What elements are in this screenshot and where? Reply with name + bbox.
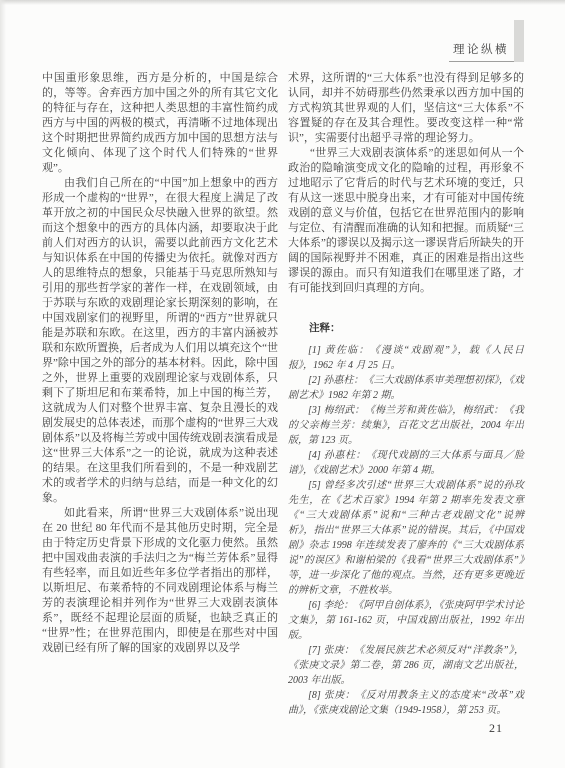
note-item: [1] 黄佐临：《漫谈“戏剧观”》，载《人民日报》，1962 年 4 月 25 … <box>288 343 524 373</box>
scanned-page: 理论纵横 中国重形象思维，西方是分析的，中国是综合的，等等。舍弃西方加中国之外的… <box>0 0 565 768</box>
scan-edge-top <box>0 0 565 5</box>
section-header: 理论纵横 <box>449 20 524 62</box>
note-item: [3] 梅绍武：《梅兰芳和黄佐临》，梅绍武：《我的父亲梅兰芳：续集》，百花文艺出… <box>288 403 524 448</box>
paragraph: 由我们自己所在的“中国”加上想象中的西方形成一个虚构的“世界”，在很大程度上满足… <box>42 176 278 506</box>
left-column: 中国重形象思维，西方是分析的，中国是综合的，等等。舍弃西方加中国之外的所有其它文… <box>42 71 278 718</box>
paragraph: 中国重形象思维，西方是分析的，中国是综合的，等等。舍弃西方加中国之外的所有其它文… <box>42 71 278 176</box>
section-header-bar <box>514 20 524 62</box>
section-label: 理论纵横 <box>449 45 514 63</box>
paragraph: “世界三大戏剧表演体系”的迷思如何从一个政治的隐喻演变成文化的隐喻的过程，再形象… <box>288 146 524 296</box>
notes-heading: 注释： <box>288 321 524 336</box>
note-item: [8] 张庚：《反对用教条主义的态度来“改革”戏曲》，《张庚戏剧论文集（1949… <box>288 688 524 718</box>
paragraph: 如此看来，所谓“世界三大戏剧体系”说出现在 20 世纪 80 年代而不是其他历史… <box>42 506 278 656</box>
note-item: [7] 张庚：《发展民族艺术必须反对“洋教条”》，《张庚文录》第二卷，第 286… <box>288 643 524 688</box>
scan-edge-left <box>0 0 6 768</box>
paragraph: 术界，这所谓的“三大体系”也没有得到足够多的认同，却并不妨碍那些仍然秉承以西方加… <box>288 71 524 146</box>
article-body: 中国重形象思维，西方是分析的，中国是综合的，等等。舍弃西方加中国之外的所有其它文… <box>42 71 524 718</box>
note-item: [6] 李纶：《阿甲自创体系》，《张庚阿甲学术讨论文集》，第 161-162 页… <box>288 598 524 643</box>
page-number: 21 <box>489 721 503 736</box>
note-item: [5] 曾经多次引述“世界三大戏剧体系”说的孙玫先生，在《艺术百家》1994 年… <box>288 478 524 598</box>
note-item: [4] 孙惠柱：《现代戏剧的三大体系与面具／脸谱》，《戏剧艺术》2000 年第 … <box>288 448 524 478</box>
right-column: 术界，这所谓的“三大体系”也没有得到足够多的认同，却并不妨碍那些仍然秉承以西方加… <box>288 71 524 718</box>
notes-section: 注释： [1] 黄佐临：《漫谈“戏剧观”》，载《人民日报》，1962 年 4 月… <box>288 321 524 718</box>
note-item: [2] 孙惠柱：《三大戏剧体系审美理想初探》，《戏剧艺术》1982 年第 2 期… <box>288 373 524 403</box>
